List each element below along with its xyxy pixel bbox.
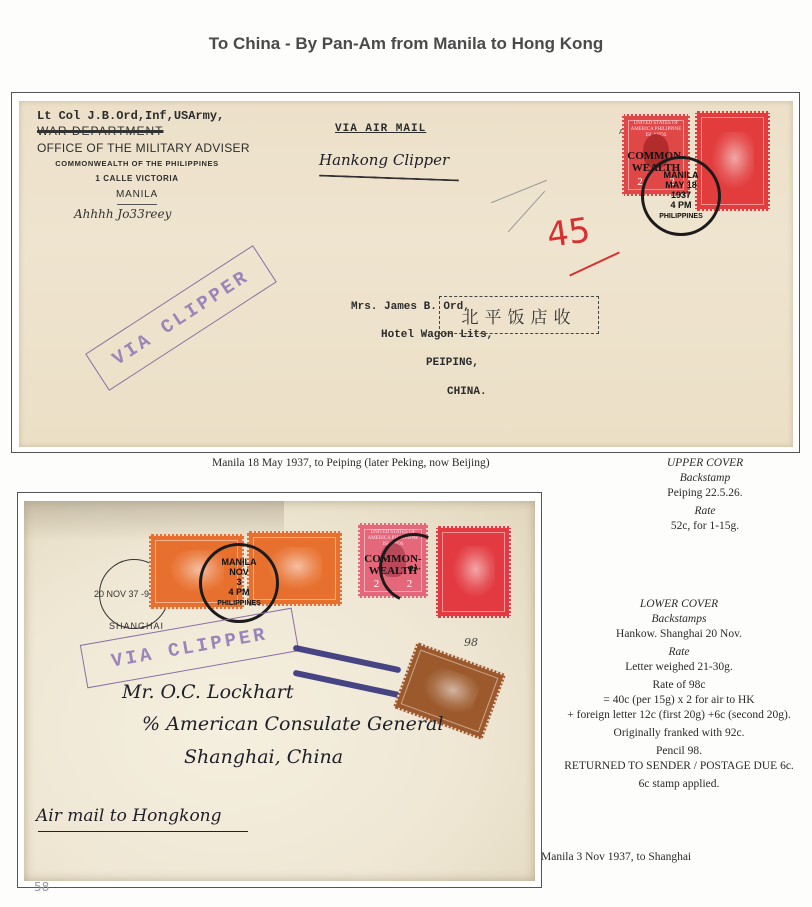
red-crayon-stroke (569, 251, 620, 276)
backstamp-label: Backstamp (605, 471, 805, 486)
pencil-mark (508, 191, 546, 233)
lower-cover-notes: LOWER COVER Backstamps Hankow. Shanghai … (548, 597, 810, 792)
airmail-endorsement: Air mail to Hongkong (36, 806, 222, 826)
via-clipper-cachet: VIA CLIPPER (85, 245, 277, 391)
franked-note: Originally franked with 92c. (548, 726, 810, 741)
upper-cover-caption: Manila 18 May 1937, to Peiping (later Pe… (212, 457, 490, 469)
applied-note: 6c stamp applied. (548, 777, 810, 792)
lower-cover-frame: 20 NOV 37 -9 SHANGHAI UNITED STATES OF A… (17, 492, 542, 888)
page-title: To China - By Pan-Am from Manila to Hong… (0, 34, 812, 54)
notes-heading: LOWER COVER (548, 597, 810, 612)
red-crayon-45: 45 (544, 210, 592, 256)
sender-street: 1 CALLE VICTORIA (37, 174, 237, 183)
page-number: 58 (34, 880, 49, 894)
pencil-98: 98 (464, 636, 478, 649)
shanghai-postmark-date: 20 NOV 37 -9 (94, 589, 149, 599)
pencil-mark (491, 180, 547, 203)
upper-cover-envelope: Lt Col J.B.Ord,Inf,USArmy, WAR DEPARTMEN… (19, 101, 793, 447)
via-clipper-text: VIA CLIPPER (109, 266, 254, 371)
notes-heading: UPPER COVER (605, 456, 805, 471)
weight-note: Letter weighed 21-30g. (548, 660, 810, 675)
struck-department: WAR DEPARTMENT (37, 124, 163, 138)
backstamps-label: Backstamps (548, 612, 810, 627)
rate-line-2: = 40c (per 15g) x 2 for air to HK (548, 693, 810, 708)
postmark-text: MANILA NOV 3 4 PM PHILIPPINES (217, 557, 261, 609)
address-line-2: % American Consulate General (142, 713, 443, 735)
endorsement-underline (319, 175, 459, 182)
rate-label: Rate (605, 504, 805, 519)
sender-city: MANILA (37, 189, 237, 200)
address-line-3: Shanghai, China (184, 746, 343, 768)
rate-value: 52c, for 1-15g. (605, 519, 805, 534)
endorsement-underline (38, 831, 248, 832)
pencil-note: Pencil 98. (548, 744, 810, 759)
sender-commonwealth: COMMONWEALTH OF THE PHILIPPINES (37, 159, 237, 168)
shanghai-postmark-city: SHANGHAI (109, 621, 164, 631)
sender-signature: Ahhhh Jo33reey (74, 207, 171, 221)
via-air-mail-endorsement: VIA AIR MAIL (335, 123, 426, 135)
rate-line-1: Rate of 98c (548, 678, 810, 693)
sender-name: Lt Col J.B.Ord,Inf,USArmy, (37, 109, 224, 123)
obliteration-bar (293, 670, 402, 699)
sender-divider (117, 204, 157, 205)
stamp-value: 2 (374, 578, 380, 590)
lower-cover-caption: Manila 3 Nov 1937, to Shanghai (541, 851, 691, 863)
stamp-map-design (452, 546, 495, 599)
postmark-text: P.I. (406, 561, 421, 575)
chinese-handstamp-text: 北平饭店收 (462, 303, 577, 328)
hankong-clipper-endorsement: Hankong Clipper (319, 151, 449, 169)
postmark-text: MANILA MAY 18 1937 4 PM PHILIPPINES (659, 170, 703, 222)
manila-postmark: MANILA MAY 18 1937 4 PM PHILIPPINES (641, 156, 721, 236)
upper-cover-frame: Lt Col J.B.Ord,Inf,USArmy, WAR DEPARTMEN… (11, 92, 800, 453)
backstamps-value: Hankow. Shanghai 20 Nov. (548, 627, 810, 642)
rate-line-3: + foreign letter 12c (first 20g) +6c (se… (548, 708, 810, 723)
returned-note: RETURNED TO SENDER / POSTAGE DUE 6c. (548, 759, 810, 774)
backstamp-value: Peiping 22.5.26. (605, 486, 805, 501)
lower-cover-envelope: 20 NOV 37 -9 SHANGHAI UNITED STATES OF A… (24, 501, 535, 881)
address-line-4: CHINA. (447, 386, 487, 398)
rate-label: Rate (548, 645, 810, 660)
obliteration-bar (293, 645, 402, 674)
upper-cover-notes: UPPER COVER Backstamp Peiping 22.5.26. R… (605, 456, 805, 534)
address-line-1: Mr. O.C. Lockhart (122, 681, 293, 703)
address-line-3: PEIPING, (426, 357, 479, 369)
chinese-handstamp: 北平饭店收 (439, 296, 599, 334)
sender-office: OFFICE OF THE MILITARY ADVISER (37, 141, 250, 155)
